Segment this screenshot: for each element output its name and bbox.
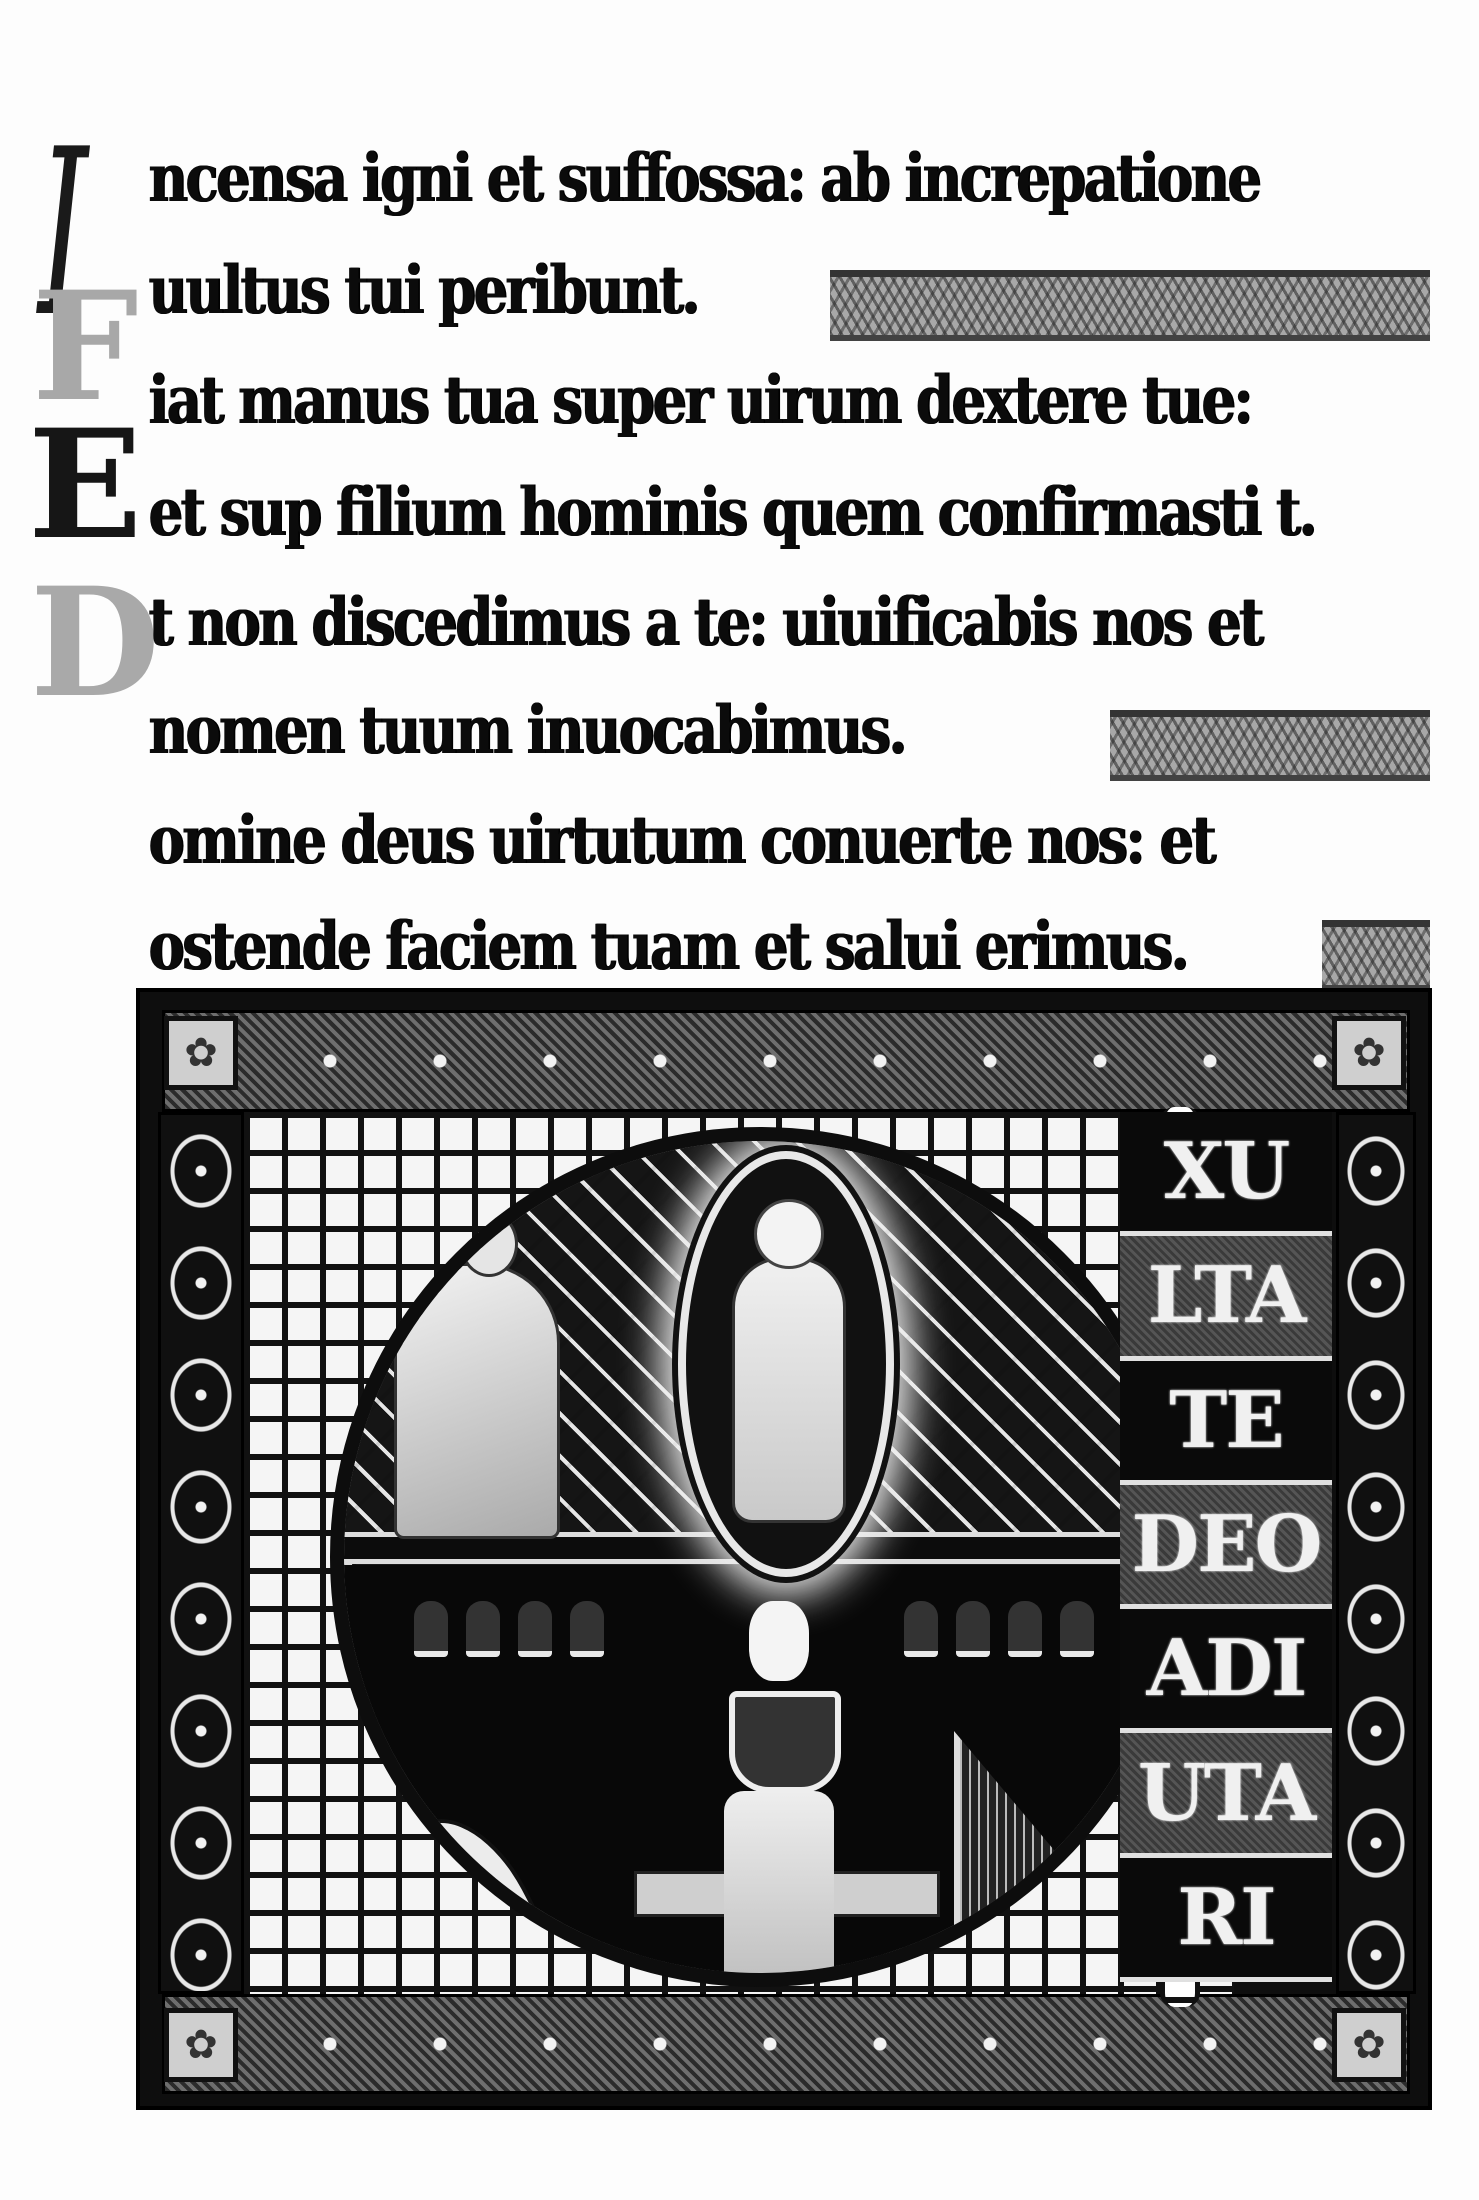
text-line-2: uultus tui peribunt.: [148, 240, 697, 340]
line-filler-1: [830, 270, 1430, 341]
line-filler-3: [1322, 920, 1430, 991]
text-line-3: iat manus tua super uirum dextere tue:: [148, 350, 1250, 450]
christ-mandorla: [678, 1151, 894, 1577]
text-line-7: omine deus uirtutum conuerte nos: et: [148, 790, 1213, 890]
text-line-5: t non discedimus a te: uiuificabis nos e…: [148, 572, 1261, 672]
corner-rosette-icon: ✿: [164, 1016, 238, 1090]
text-line-6: nomen tuum inuocabimus.: [148, 680, 904, 780]
incipit-row: ADI: [1120, 1609, 1332, 1733]
viol-icon: [372, 1795, 574, 1987]
bell-chime-icon: [729, 1691, 841, 1793]
bell-icon: [1008, 1601, 1042, 1657]
text-line-4: et sup filium hominis quem confirmasti t…: [148, 462, 1314, 562]
lower-scene: [344, 1581, 1176, 1987]
incipit-row: RI: [1120, 1858, 1332, 1982]
corner-rosette-icon: ✿: [164, 2008, 238, 2082]
bell-icon: [466, 1601, 500, 1657]
initial-letter-d: D: [30, 568, 160, 718]
kneeling-figure: [394, 1211, 564, 1541]
incipit-row: LTA: [1120, 1236, 1332, 1360]
bell-icon: [570, 1601, 604, 1657]
harp-icon: [954, 1731, 1080, 1981]
bells-right: [904, 1601, 1094, 1657]
incipit-row: UTA: [1120, 1733, 1332, 1857]
illuminated-panel: ✿ ✿ ✿ ✿: [136, 988, 1432, 2110]
right-border-band: [1336, 1112, 1416, 1994]
incipit-row: TE: [1120, 1361, 1332, 1485]
halo-icon: [754, 1199, 824, 1269]
christ-figure: [726, 1199, 846, 1529]
corner-rosette-icon: ✿: [1332, 2008, 1406, 2082]
bells-left: [414, 1601, 604, 1657]
left-border-band: [158, 1112, 244, 1994]
text-line-1: ncensa igni et suffossa: ab increpatione: [148, 128, 1259, 228]
manuscript-page: I F E D ncensa igni et suffossa: ab incr…: [0, 0, 1479, 2200]
incipit-row: XU: [1120, 1112, 1332, 1236]
bell-icon: [414, 1601, 448, 1657]
bell-icon: [518, 1601, 552, 1657]
bell-icon: [956, 1601, 990, 1657]
corner-rosette-icon: ✿: [1332, 1016, 1406, 1090]
bell-icon: [1060, 1601, 1094, 1657]
line-filler-2: [1110, 710, 1430, 781]
bottom-border-band: [162, 1994, 1410, 2094]
bell-icon: [904, 1601, 938, 1657]
incipit-side-panel: XU LTA TE DEO ADI UTA RI: [1120, 1112, 1332, 1982]
top-border-band: [162, 1010, 1410, 1112]
king-david-figure: [704, 1601, 854, 1987]
historiated-initial-e: [330, 1127, 1210, 1987]
initial-letter-e: E: [28, 410, 142, 560]
text-line-8: ostende faciem tuam et salui erimus.: [148, 896, 1186, 996]
initial-e-bowl: [330, 1127, 1190, 1987]
incipit-row: DEO: [1120, 1485, 1332, 1609]
